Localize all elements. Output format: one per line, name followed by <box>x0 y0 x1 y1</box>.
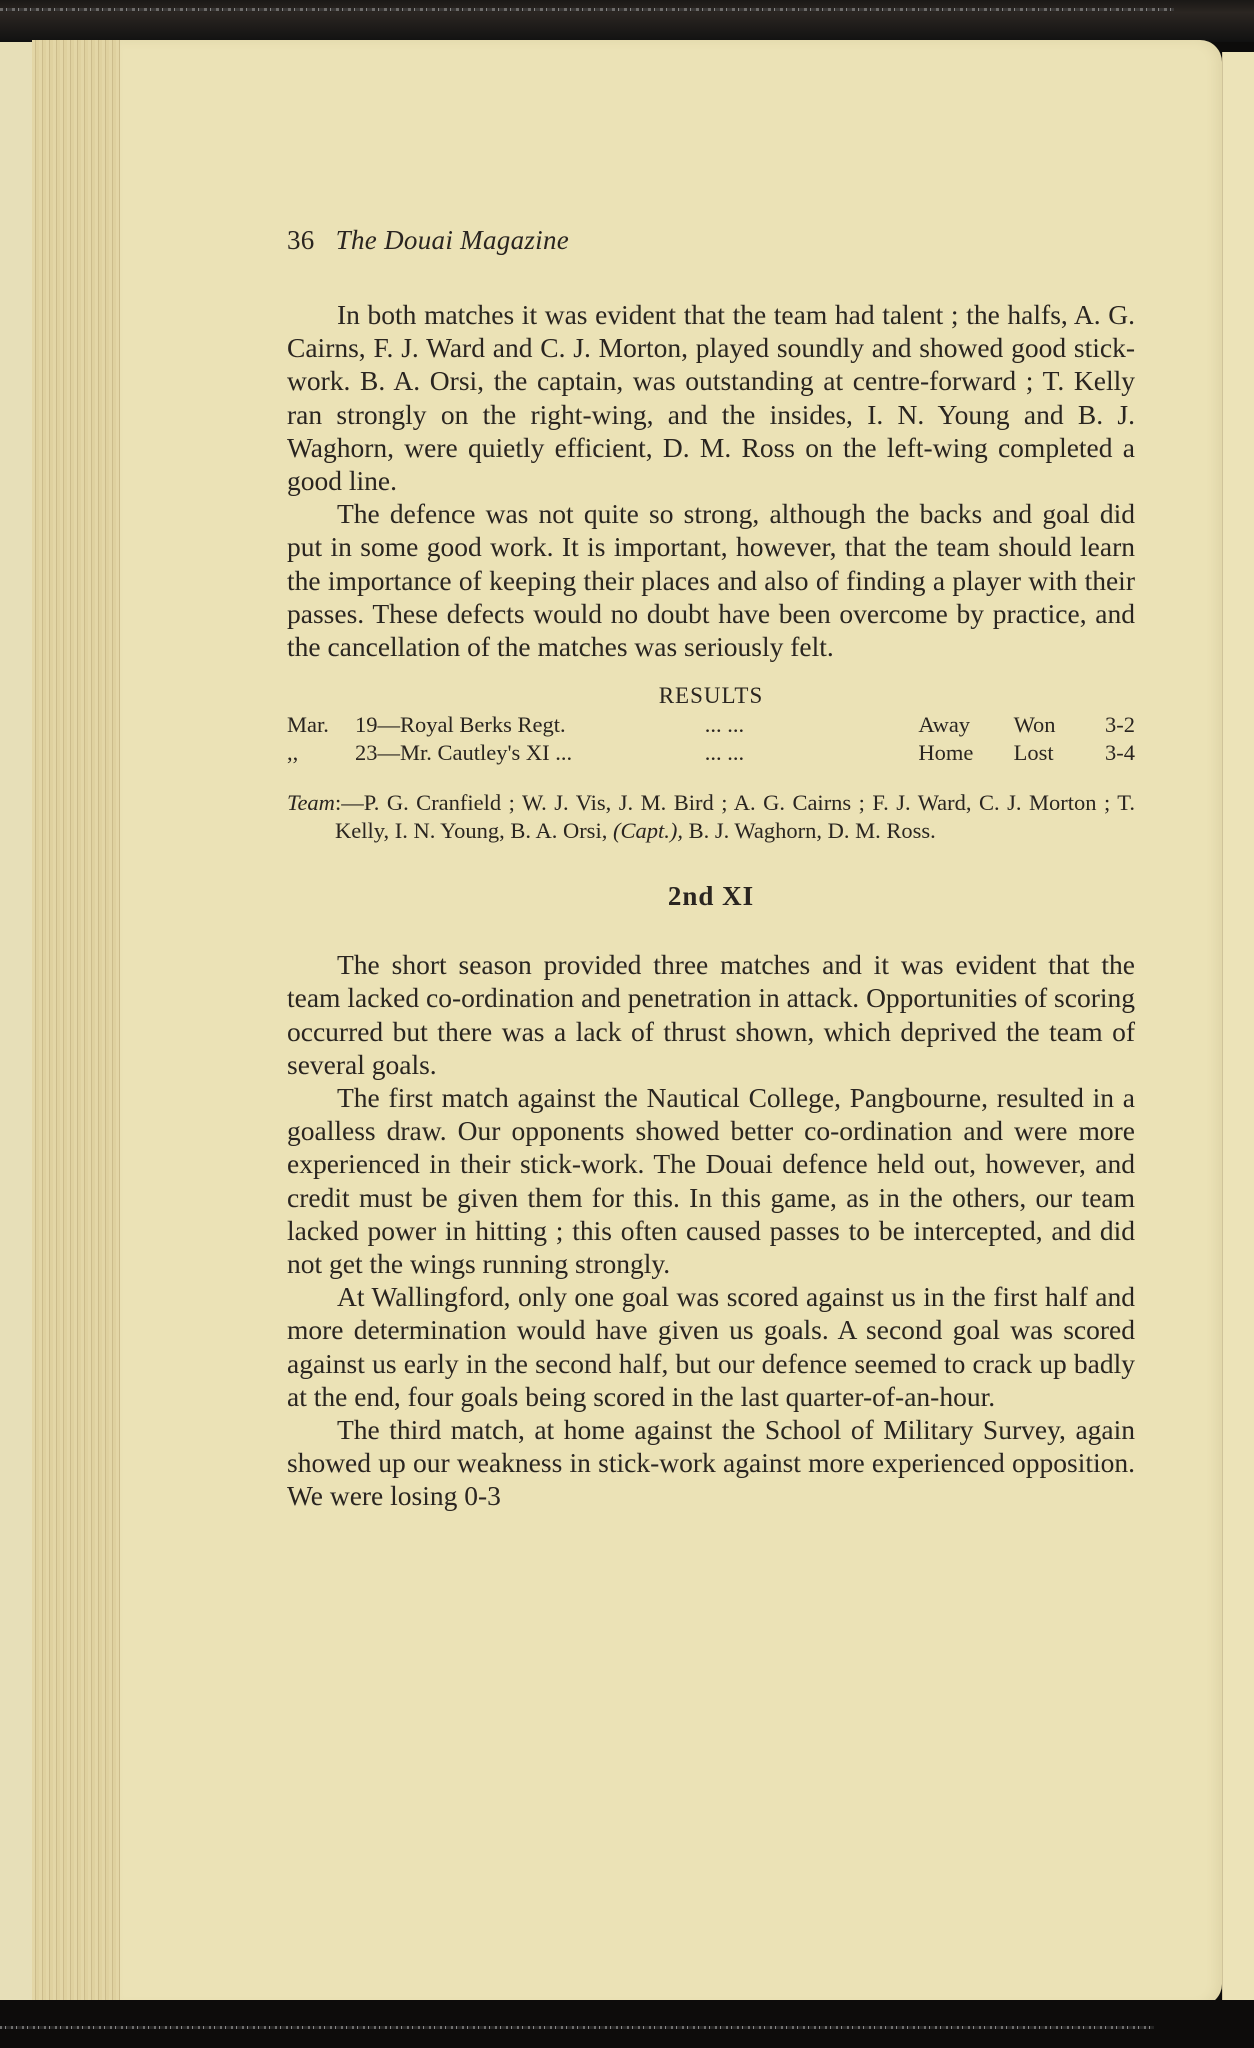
leader-dots: ... ... <box>705 711 919 739</box>
paragraph: In both matches it was evident that the … <box>287 298 1135 497</box>
magazine-title: The Douai Magazine <box>336 225 569 255</box>
result-venue: Home <box>918 739 1013 767</box>
team-label: Team <box>287 790 335 815</box>
page-stack-edges <box>32 40 122 2005</box>
result-score: 3-4 <box>1096 739 1135 767</box>
paragraph: The short season provided three matches … <box>287 948 1135 1081</box>
book-bottom-edge <box>0 2000 1254 2048</box>
paragraph: At Wallingford, only one goal was scored… <box>287 1280 1135 1413</box>
book-top-edge <box>0 0 1254 42</box>
team-players-rest: B. J. Waghorn, D. M. Ross. <box>683 818 936 843</box>
leader-dots: ... ... <box>705 739 919 767</box>
scanned-book-page: 36 The Douai Magazine In both matches it… <box>0 0 1254 2048</box>
paragraph: The defence was not quite so strong, alt… <box>287 497 1135 663</box>
result-row: ,, 23—Mr. Cautley's XI ... ... ... Home … <box>287 739 1135 767</box>
paragraph: The first match against the Nautical Col… <box>287 1081 1135 1280</box>
result-month: Mar. <box>287 711 355 739</box>
result-outcome: Won <box>1014 711 1097 739</box>
page-number: 36 <box>287 225 315 255</box>
running-head: 36 The Douai Magazine <box>287 225 1135 256</box>
result-outcome: Lost <box>1014 739 1097 767</box>
results-table: Mar. 19—Royal Berks Regt. ... ... Away W… <box>287 711 1135 767</box>
first-xi-section: In both matches it was evident that the … <box>287 298 1135 845</box>
next-page-edge <box>1222 52 1254 2000</box>
result-venue: Away <box>918 711 1013 739</box>
paragraph: The third match, at home against the Sch… <box>287 1413 1135 1513</box>
captain-note: (Capt.), <box>613 818 683 843</box>
page-content: 36 The Douai Magazine In both matches it… <box>287 225 1135 1513</box>
section-heading: 2nd XI <box>287 881 1135 912</box>
result-month: ,, <box>287 739 355 767</box>
result-score: 3-2 <box>1096 711 1135 739</box>
result-fixture: 19—Royal Berks Regt. <box>355 711 705 739</box>
team-list: Team:—P. G. Cranfield ; W. J. Vis, J. M.… <box>287 789 1135 845</box>
result-fixture: 23—Mr. Cautley's XI ... <box>355 739 705 767</box>
results-heading: RESULTS <box>287 681 1135 711</box>
second-xi-section: 2nd XI The short season provided three m… <box>287 881 1135 1512</box>
result-row: Mar. 19—Royal Berks Regt. ... ... Away W… <box>287 711 1135 739</box>
